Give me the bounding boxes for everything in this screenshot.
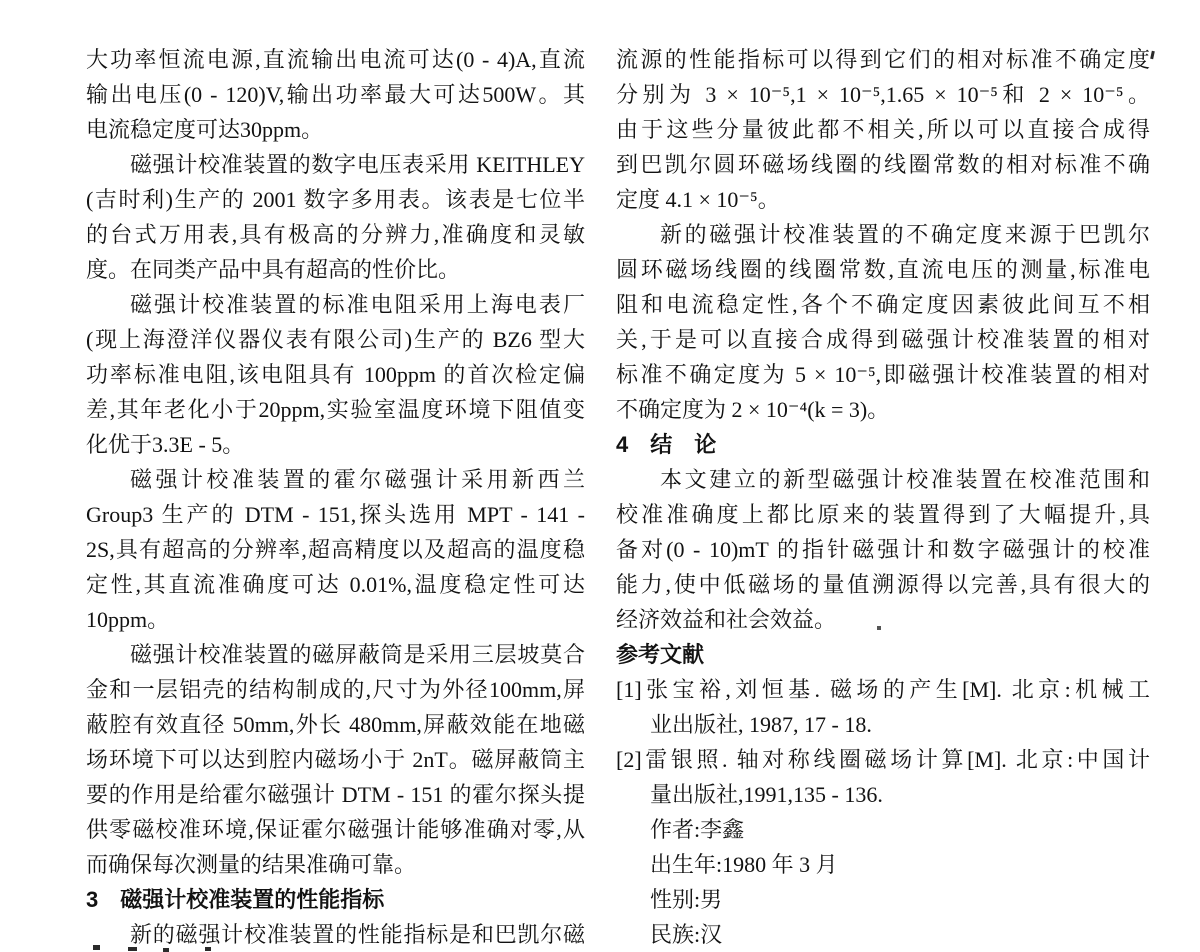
text-line: 经济效益和社会效益。 xyxy=(616,602,1150,637)
text-line: 到巴凯尔圆环磁场线圈的线圈常数的相对标准不确 xyxy=(616,147,1150,182)
text-line: 10ppm。 xyxy=(86,602,585,637)
text-line: 2S,具有超高的分辨率,超高精度以及超高的温度稳 xyxy=(86,532,585,567)
text-line: 输出电压(0 - 120)V,输出功率最大可达500W。其 xyxy=(86,77,585,112)
text-line: 度。在同类产品中具有超高的性价比。 xyxy=(86,252,585,287)
text-line: 出生年:1980 年 3 月 xyxy=(616,847,1150,882)
text-line: 关,于是可以直接合成得到磁强计校准装置的相对 xyxy=(616,322,1150,357)
text-line: 新的磁强计校准装置的性能指标是和巴凯尔磁 xyxy=(86,917,585,952)
text-line: 本文建立的新型磁强计校准装置在校准范围和 xyxy=(616,462,1150,497)
text-line: 参考文献 xyxy=(616,637,1150,672)
text-line: 分别为 3 × 10⁻⁵,1 × 10⁻⁵,1.65 × 10⁻⁵和 2 × 1… xyxy=(616,77,1150,112)
text-line: 大功率恒流电源,直流输出电流可达(0 - 4)A,直流 xyxy=(86,42,585,77)
text-line: (现上海澄洋仪器仪表有限公司)生产的 BZ6 型大 xyxy=(86,322,585,357)
text-line: 磁强计校准装置的磁屏蔽筒是采用三层坡莫合 xyxy=(86,637,585,672)
text-line: 功率标准电阻,该电阻具有 100ppm 的首次检定偏 xyxy=(86,357,585,392)
text-line: 民族:汉 xyxy=(616,917,1150,952)
text-line: 阻和电流稳定性,各个不确定度因素彼此间互不相 xyxy=(616,287,1150,322)
text-line: 性别:男 xyxy=(616,882,1150,917)
text-line: 要的作用是给霍尔磁强计 DTM - 151 的霍尔探头提 xyxy=(86,777,585,812)
text-line: 而确保每次测量的结果准确可靠。 xyxy=(86,847,585,882)
scan-speck xyxy=(93,945,100,950)
text-line: 圆环磁场线圈的线圈常数,直流电压的测量,标准电 xyxy=(616,252,1150,287)
scan-speck xyxy=(163,948,169,952)
text-line: 差,其年老化小于20ppm,实验室温度环境下阻值变 xyxy=(86,392,585,427)
text-line: 的台式万用表,具有极高的分辨力,准确度和灵敏 xyxy=(86,217,585,252)
text-line: 校准准确度上都比原来的装置得到了大幅提升,具 xyxy=(616,497,1150,532)
text-line: 磁强计校准装置的标准电阻采用上海电表厂 xyxy=(86,287,585,322)
text-line: (吉时利)生产的 2001 数字多用表。该表是七位半 xyxy=(86,182,585,217)
text-line: Group3 生产的 DTM - 151,探头选用 MPT - 141 - xyxy=(86,497,585,532)
text-line: 由于这些分量彼此都不相关,所以可以直接合成得 xyxy=(616,112,1150,147)
text-line: 标准不确定度为 5 × 10⁻⁵,即磁强计校准装置的相对 xyxy=(616,357,1150,392)
text-line: 磁强计校准装置的数字电压表采用 KEITHLEY xyxy=(86,147,585,182)
text-line: 流源的性能指标可以得到它们的相对标准不确定度 xyxy=(616,42,1150,77)
scan-speck xyxy=(1150,51,1155,59)
scanned-page: 大功率恒流电源,直流输出电流可达(0 - 4)A,直流输出电压(0 - 120)… xyxy=(0,0,1200,952)
scan-speck xyxy=(205,947,211,951)
scan-speck xyxy=(128,947,137,951)
text-line: 业出版社, 1987, 17 - 18. xyxy=(616,707,1150,742)
scan-speck xyxy=(877,626,881,630)
text-line: 能力,使中低磁场的量值溯源得以完善,具有很大的 xyxy=(616,567,1150,602)
text-line: 定度 4.1 × 10⁻⁵。 xyxy=(616,182,1150,217)
left-column: 大功率恒流电源,直流输出电流可达(0 - 4)A,直流输出电压(0 - 120)… xyxy=(86,42,585,952)
text-line: 蔽腔有效直径 50mm,外长 480mm,屏蔽效能在地磁 xyxy=(86,707,585,742)
text-line: 作者:李鑫 xyxy=(616,812,1150,847)
right-column: 流源的性能指标可以得到它们的相对标准不确定度分别为 3 × 10⁻⁵,1 × 1… xyxy=(616,42,1150,952)
text-line: 供零磁校准环境,保证霍尔磁强计能够准确对零,从 xyxy=(86,812,585,847)
text-line: 量出版社,1991,135 - 136. xyxy=(616,777,1150,812)
text-line: 不确定度为 2 × 10⁻⁴(k = 3)。 xyxy=(616,392,1150,427)
text-line: 新的磁强计校准装置的不确定度来源于巴凯尔 xyxy=(616,217,1150,252)
text-line: 化优于3.3E - 5。 xyxy=(86,427,585,462)
text-line: [2]雷银照. 轴对称线圈磁场计算[M]. 北京:中国计 xyxy=(616,742,1150,777)
text-line: 磁强计校准装置的霍尔磁强计采用新西兰 xyxy=(86,462,585,497)
text-line: 备对(0 - 10)mT 的指针磁强计和数字磁强计的校准 xyxy=(616,532,1150,567)
text-line: 金和一层铝壳的结构制成的,尺寸为外径100mm,屏 xyxy=(86,672,585,707)
text-line: 4 结 论 xyxy=(616,427,1150,462)
text-line: [1]张宝裕,刘恒基. 磁场的产生[M]. 北京:机械工 xyxy=(616,672,1150,707)
text-line: 定性,其直流准确度可达 0.01%,温度稳定性可达 xyxy=(86,567,585,602)
text-line: 3 磁强计校准装置的性能指标 xyxy=(86,882,585,917)
text-line: 场环境下可以达到腔内磁场小于 2nT。磁屏蔽筒主 xyxy=(86,742,585,777)
text-line: 电流稳定度可达30ppm。 xyxy=(86,112,585,147)
